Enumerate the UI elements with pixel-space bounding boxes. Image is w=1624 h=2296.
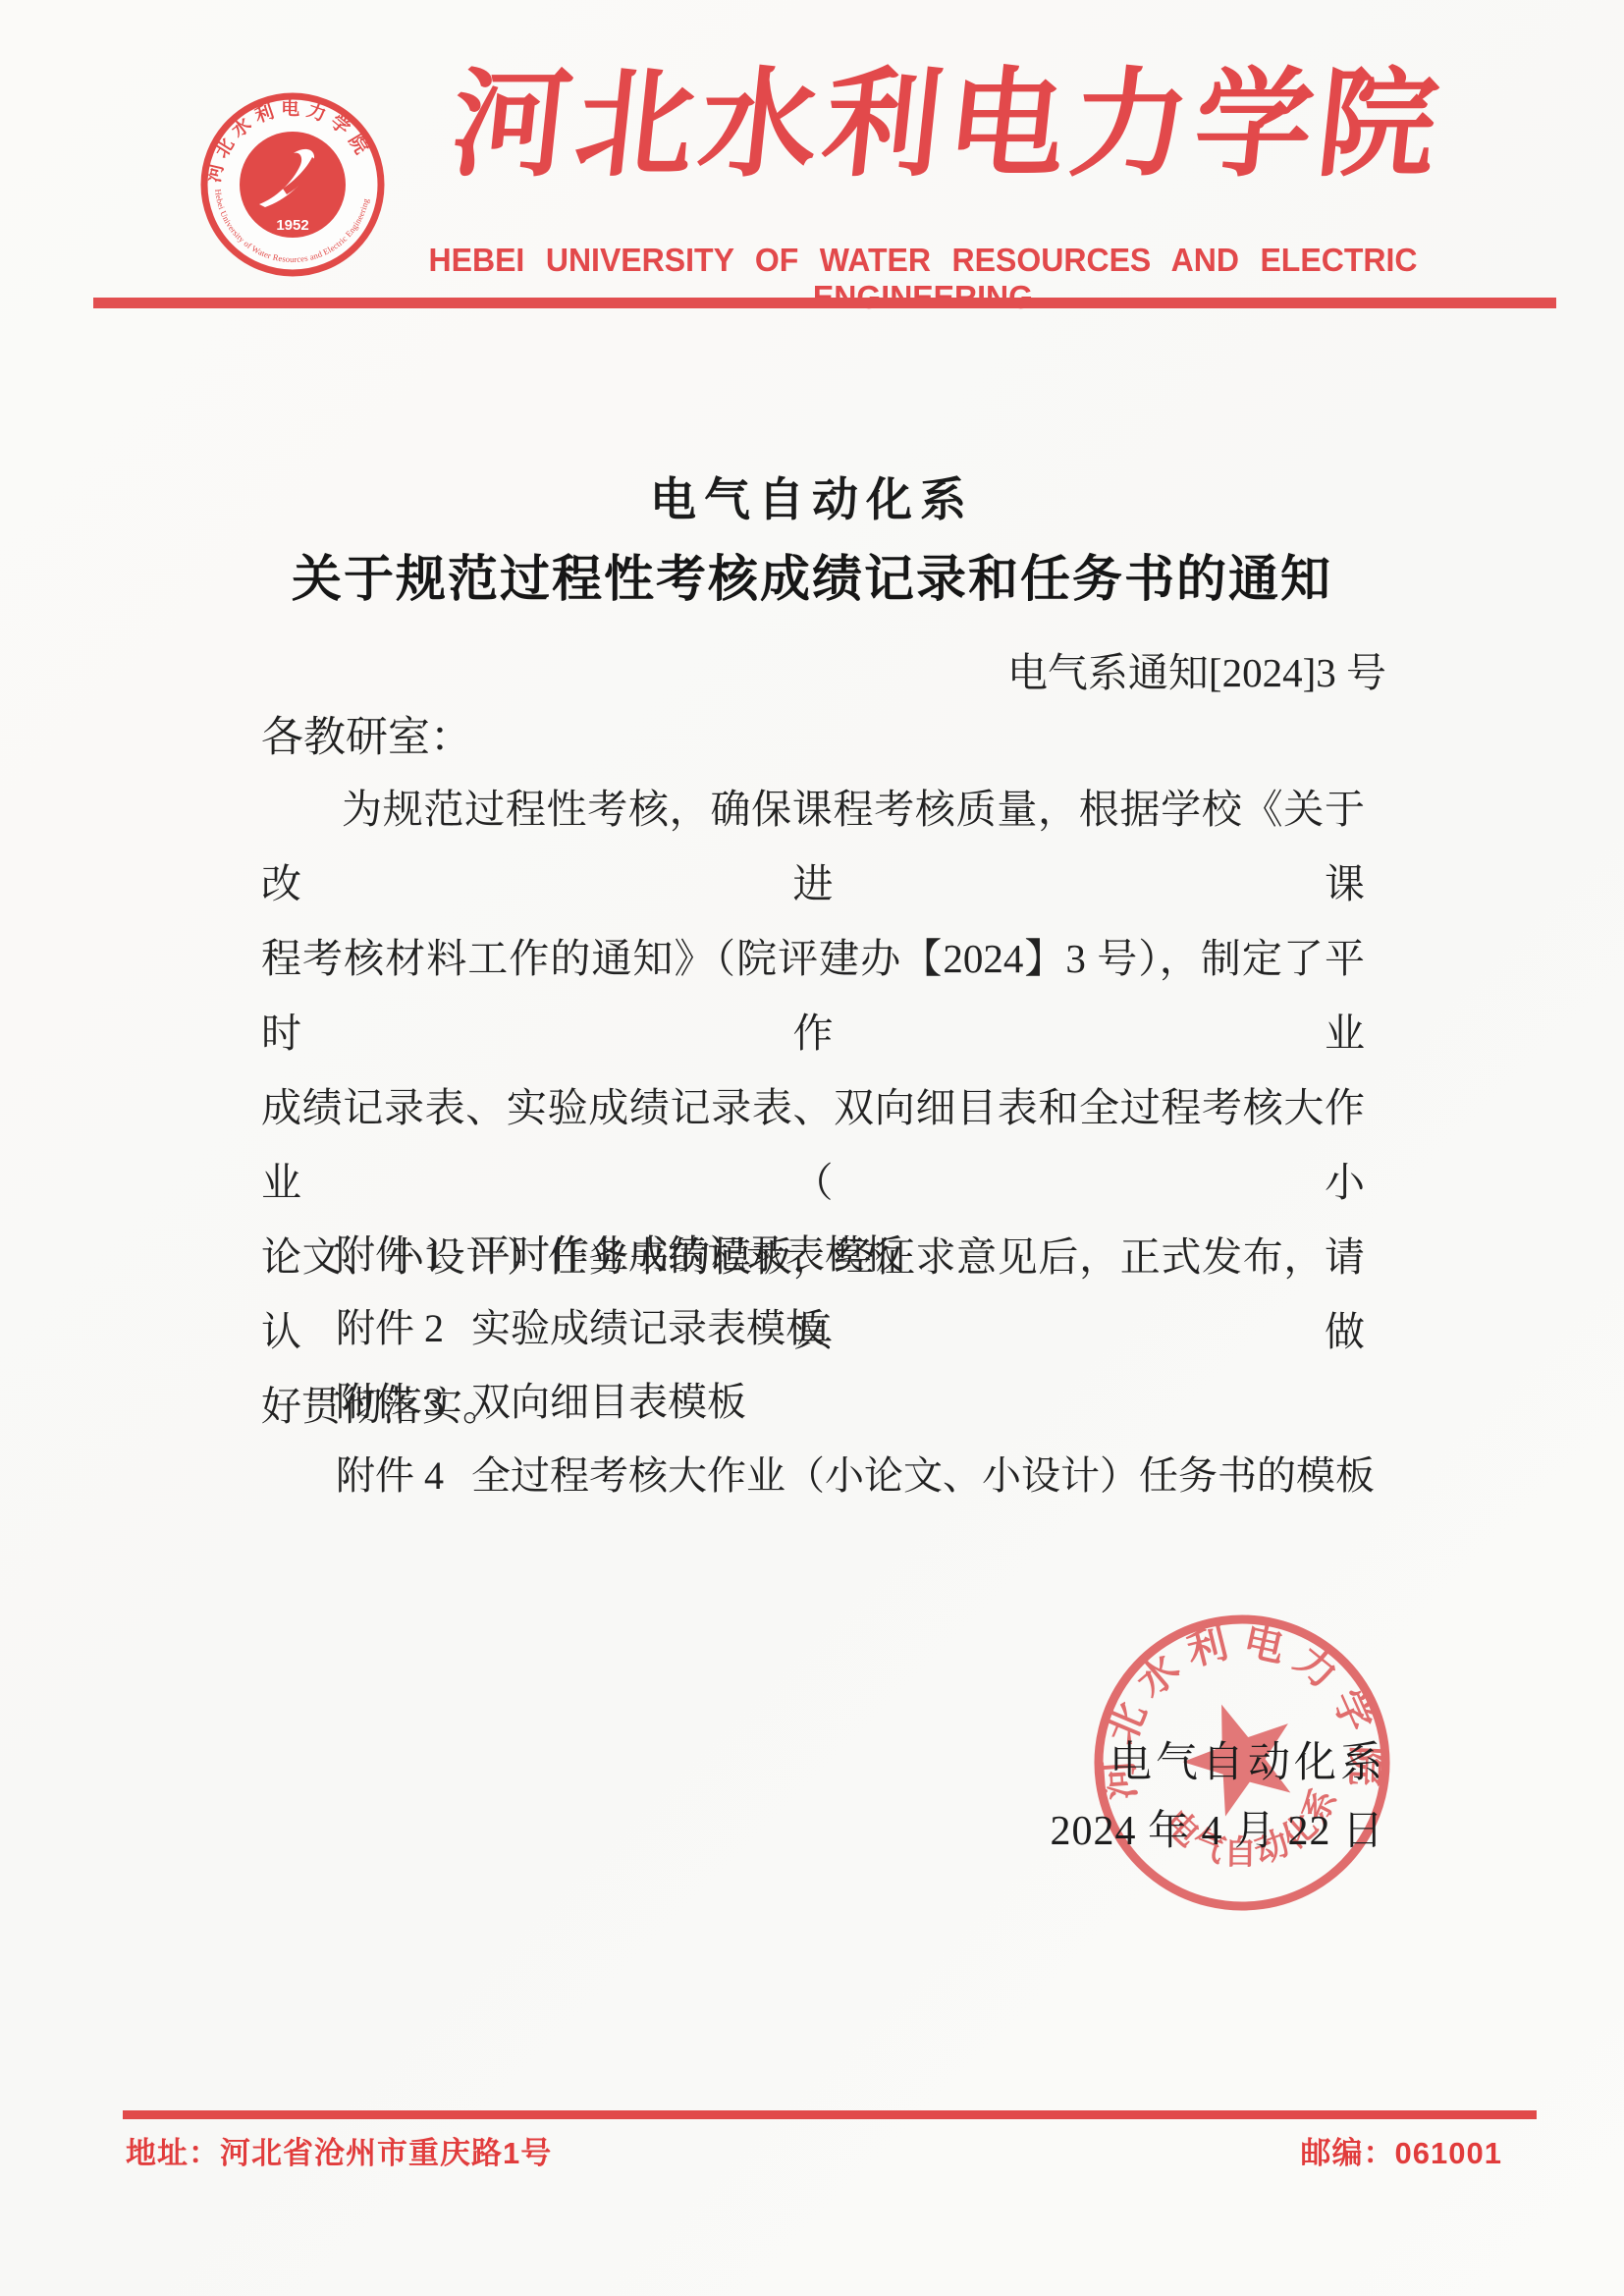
department-title: 电气自动化系 <box>0 464 1624 529</box>
paragraph-line: 成绩记录表、实验成绩记录表、双向细目表和全过程考核大作业（小 <box>261 1070 1365 1220</box>
attachment-label: 附件 3 <box>336 1380 444 1424</box>
attachment-item: 附件 3双向细目表模板 <box>336 1365 1375 1439</box>
paragraph-line: 程考核材料工作的通知》（院评建办【2024】3 号），制定了平时作业 <box>261 921 1365 1070</box>
document-number: 电气系通知[2024]3 号 <box>0 640 1386 698</box>
notice-title: 关于规范过程性考核成绩记录和任务书的通知 <box>0 538 1624 611</box>
university-seal-logo: 1952 河北水利电力学院 Hebei University of Water … <box>198 88 387 281</box>
attachment-item: 附件 1平时作业成绩记录表模板 <box>336 1218 1375 1291</box>
salutation: 各教研室： <box>261 704 472 764</box>
scanned-notice-page: 1952 河北水利电力学院 Hebei University of Water … <box>0 0 1624 2296</box>
attachment-list: 附件 1平时作业成绩记录表模板 附件 2实验成绩记录表模板 附件 3双向细目表模… <box>336 1218 1375 1512</box>
attachment-text: 平时作业成绩记录表模板 <box>471 1232 903 1277</box>
attachment-label: 附件 2 <box>336 1306 444 1350</box>
attachment-text: 全过程考核大作业（小论文、小设计）任务书的模板 <box>471 1453 1375 1498</box>
attachment-item: 附件 2实验成绩记录表模板 <box>336 1291 1375 1365</box>
attachment-label: 附件 1 <box>336 1232 444 1277</box>
university-name-calligraphy: 河北水利电力学院 <box>414 55 1480 196</box>
letterhead-divider <box>93 298 1556 308</box>
attachment-text: 实验成绩记录表模板 <box>471 1306 825 1350</box>
signature-date: 2024 年 4 月 22 日 <box>0 1798 1384 1857</box>
attachment-item: 附件 4全过程考核大作业（小论文、小设计）任务书的模板 <box>336 1439 1375 1512</box>
logo-year: 1952 <box>276 217 308 234</box>
footer-postcode: 邮编：061001 <box>0 2128 1502 2172</box>
attachment-text: 双向细目表模板 <box>471 1380 746 1424</box>
signature-department: 电气自动化系 <box>0 1729 1386 1789</box>
footer-divider <box>123 2110 1537 2119</box>
paragraph-line: 为规范过程性考核，确保课程考核质量，根据学校《关于改进课 <box>261 772 1365 921</box>
attachment-label: 附件 4 <box>336 1453 444 1498</box>
